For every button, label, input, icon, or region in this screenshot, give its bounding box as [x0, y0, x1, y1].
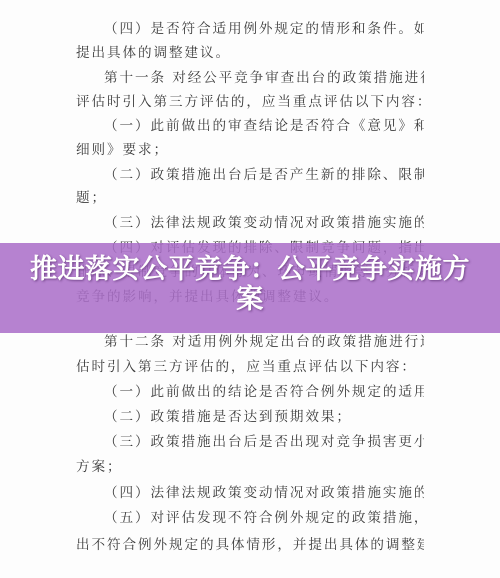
- doc-line: （一）此前做出的结论是否符合例外规定的适用要求；: [104, 381, 424, 403]
- doc-line: （三）政策措施出台后是否出现对竞争损害更小的替代: [104, 431, 424, 453]
- doc-line: （三）法律法规政策变动情况对政策措施实施的影响；: [104, 212, 424, 234]
- doc-line: 细则》要求；: [76, 139, 424, 161]
- article-12-heading: 第十二条 对适用例外规定出台的政策措施进行逐年评: [104, 331, 424, 353]
- doc-line: （二）政策措施出台后是否产生新的排除、限制竞争问: [104, 164, 424, 186]
- doc-line: （四）是否符合适用例外规定的情形和条件。如不符合，: [104, 18, 424, 40]
- doc-line: 出不符合例外规定的具体情形，并提出具体的调整建议。: [76, 534, 424, 556]
- doc-line: 提出具体的调整建议。: [76, 42, 424, 64]
- banner-title: 推进落实公平竞争：公平竞争实施方案: [30, 255, 470, 315]
- doc-line: （四）法律法规政策变动情况对政策措施实施的影响；: [104, 482, 424, 504]
- doc-line: （五）对评估发现不符合例外规定的政策措施，应当指: [104, 507, 424, 529]
- doc-line: 估时引入第三方评估的，应当重点评估以下内容：: [76, 356, 424, 378]
- doc-line: （二）政策措施是否达到预期效果；: [104, 406, 424, 428]
- doc-line: （一）此前做出的审查结论是否符合《意见》和《实施: [104, 115, 424, 137]
- title-banner: 推进落实公平竞争：公平竞争实施方案: [0, 243, 500, 333]
- doc-line: 方案；: [76, 456, 424, 478]
- article-11-heading: 第十一条 对经公平竞争审查出台的政策措施进行定期: [104, 67, 424, 89]
- doc-line: 评估时引入第三方评估的，应当重点评估以下内容：: [76, 91, 424, 113]
- doc-line: 题；: [76, 187, 424, 209]
